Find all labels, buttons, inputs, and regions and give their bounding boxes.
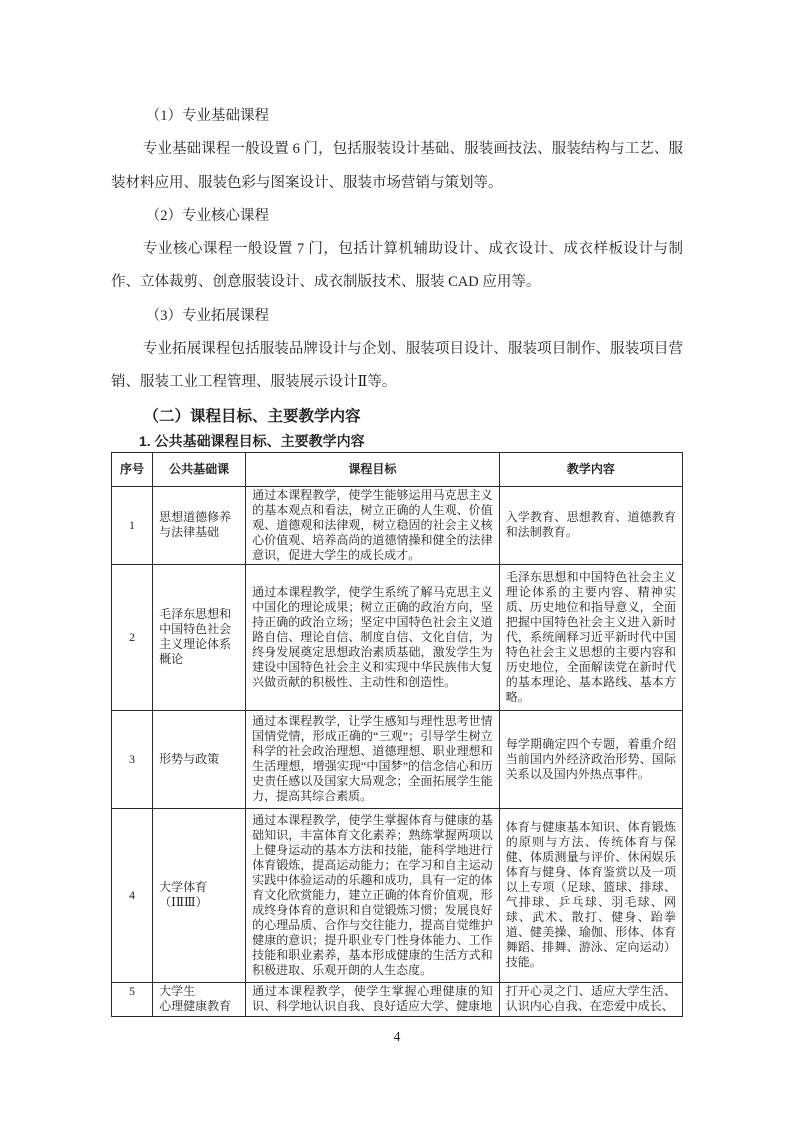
table-row: 4 大学体育 （ⅠⅡⅢ） 通过本课程教学，使学生掌握体育与健康的基础知识，丰富体… xyxy=(112,808,683,982)
cell-no: 4 xyxy=(112,808,153,982)
heading-course-objectives: （二）课程目标、主要教学内容 xyxy=(111,400,683,433)
cell-no: 3 xyxy=(112,710,153,808)
cell-no: 1 xyxy=(112,486,153,564)
cell-course: 大学体育 （ⅠⅡⅢ） xyxy=(153,808,246,982)
cell-content: 打开心灵之门、适应大学生活、认识内心自我、在恋爱中成长、 xyxy=(499,982,682,1016)
document-page: （1）专业基础课程 专业基础课程一般设置 6 门，包括服装设计基础、服装画技法、… xyxy=(0,0,794,1123)
cell-content: 入学教育、思想教育、道德教育和法制教育。 xyxy=(499,486,682,564)
cell-objective: 通过本课程教学，让学生感知与理性思考世情国情党情，形成正确的“三观”；引导学生树… xyxy=(246,710,500,808)
header-cell-course: 公共基础课 xyxy=(153,452,246,486)
page-number: 4 xyxy=(111,1029,683,1045)
cell-no: 5 xyxy=(112,982,153,1016)
header-cell-objective: 课程目标 xyxy=(246,452,500,486)
table-row: 1 思想道德修养 与法律基础 通过本课程教学，使学生能够运用马克思主义的基本观点… xyxy=(112,486,683,564)
subheading-public-basic-courses: 1. 公共基础课程目标、主要教学内容 xyxy=(111,433,683,450)
table-row: 5 大学生 心理健康教育 通过本课程教学，使学生掌握心理健康的知识、科学地认识自… xyxy=(112,982,683,1016)
cell-objective: 通过本课程教学，使学生掌握心理健康的知识、科学地认识自我、良好适应大学、健康地 xyxy=(246,982,500,1016)
cell-objective-text: 通过本课程教学，使学生掌握心理健康的知识、科学地认识自我、良好适应大学、健康地 xyxy=(252,984,493,1015)
table-header-row: 序号 公共基础课 课程目标 教学内容 xyxy=(112,452,683,486)
cell-course: 思想道德修养 与法律基础 xyxy=(153,486,246,564)
section-heading-core-courses: （2）专业核心课程 xyxy=(111,200,683,233)
cell-course: 大学生 心理健康教育 xyxy=(153,982,246,1016)
paragraph-basic-courses: 专业基础课程一般设置 6 门，包括服装设计基础、服装画技法、服装结构与工艺、服装… xyxy=(111,133,683,200)
table-row: 3 形势与政策 通过本课程教学，让学生感知与理性思考世情国情党情，形成正确的“三… xyxy=(112,710,683,808)
public-basic-courses-table: 序号 公共基础课 课程目标 教学内容 1 思想道德修养 与法律基础 通过本课程教… xyxy=(111,452,683,1017)
cell-content: 毛泽东思想和中国特色社会主义理论体系的主要内容、精神实质、历史地位和指导意义，全… xyxy=(499,564,682,710)
section-heading-basic-courses: （1）专业基础课程 xyxy=(111,100,683,133)
document-body: （1）专业基础课程 专业基础课程一般设置 6 门，包括服装设计基础、服装画技法、… xyxy=(111,100,683,450)
cell-course: 毛泽东思想和 中国特色社会 主义理论体系 概论 xyxy=(153,564,246,710)
table-row: 2 毛泽东思想和 中国特色社会 主义理论体系 概论 通过本课程教学，使学生系统了… xyxy=(112,564,683,710)
cell-content: 每学期确定四个专题，着重介绍当前国内外经济政治形势、国际关系以及国内外热点事件。 xyxy=(499,710,682,808)
section-heading-extended-courses: （3）专业拓展课程 xyxy=(111,300,683,333)
cell-no-text: 5 xyxy=(118,984,146,1015)
cell-content: 体育与健康基本知识、体育锻炼的原则与方法、传统体育与保健、体质测量与评价、休闲娱… xyxy=(499,808,682,982)
cell-content-text: 打开心灵之门、适应大学生活、认识内心自我、在恋爱中成长、 xyxy=(506,984,676,1015)
cell-no: 2 xyxy=(112,564,153,710)
cell-course: 形势与政策 xyxy=(153,710,246,808)
header-cell-no: 序号 xyxy=(112,452,153,486)
cell-objective: 通过本课程教学，使学生能够运用马克思主义的基本观点和看法，树立正确的人生观、价值… xyxy=(246,486,500,564)
cell-course-text: 大学生 心理健康教育 xyxy=(159,984,239,1015)
paragraph-extended-courses: 专业拓展课程包括服装品牌设计与企划、服装项目设计、服装项目制作、服装项目营销、服… xyxy=(111,333,683,400)
paragraph-core-courses: 专业核心课程一般设置 7 门，包括计算机辅助设计、成衣设计、成衣样板设计与制作、… xyxy=(111,233,683,300)
header-cell-content: 教学内容 xyxy=(499,452,682,486)
cell-objective: 通过本课程教学，使学生掌握体育与健康的基础知识，丰富体育文化素养；熟练掌握两项以… xyxy=(246,808,500,982)
cell-objective: 通过本课程教学，使学生系统了解马克思主义中国化的理论成果；树立正确的政治方向，坚… xyxy=(246,564,500,710)
